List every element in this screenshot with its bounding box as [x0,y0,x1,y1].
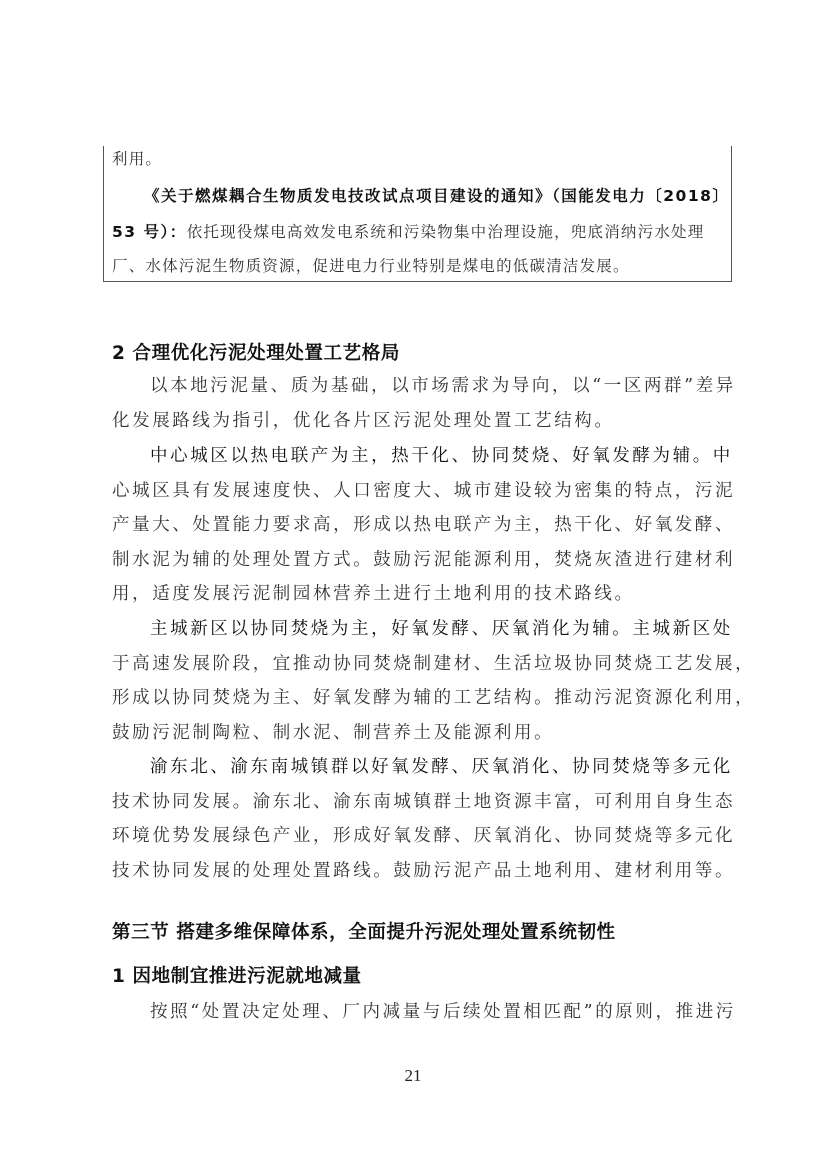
paragraph-line: 渝东北、渝东南城镇群以好氧发酵、厌氧消化、协同焚烧等多元化 [112,750,730,785]
paragraph-central-district: 中心城区以热电联产为主，热干化、协同焚烧、好氧发酵为辅。中 心城区具有发展速度快… [112,439,730,612]
paragraph-line: 于高速发展阶段，宜推动协同焚烧制建材、生活垃圾协同焚烧工艺发展， [112,647,730,682]
paragraph-reduction: 按照“处置决定处理、厂内减量与后续处置相匹配”的原则，推进污 [112,995,730,1030]
paragraph-intro: 以本地污泥量、质为基础，以市场需求为导向，以“一区两群”差异 化发展路线为指引，… [112,369,730,438]
paragraph-new-district: 主城新区以协同焚烧为主，好氧发酵、厌氧消化为辅。主城新区处 于高速发展阶段，宜推… [112,612,730,750]
paragraph-yudong: 渝东北、渝东南城镇群以好氧发酵、厌氧消化、协同焚烧等多元化 技术协同发展。渝东北… [112,750,730,888]
chapter-section-heading: 第三节 搭建多维保障体系，全面提升污泥处理处置系统韧性 [112,918,616,944]
page-number: 21 [0,1066,826,1086]
policy-citation-box: 利用。 《关于燃煤耦合生物质发电技改试点项目建设的通知》（国能发电力〔2018〕… [103,146,732,282]
paragraph-line: 技术协同发展的处理处置路线。鼓励污泥产品土地利用、建材利用等。 [112,854,730,889]
box-text-line: 厂、水体污泥生物质资源，促进电力行业特别是煤电的低碳清洁发展。 [112,256,723,276]
document-page: 利用。 《关于燃煤耦合生物质发电技改试点项目建设的通知》（国能发电力〔2018〕… [0,0,826,1169]
paragraph-line: 鼓励污泥制陶粒、制水泥、制营养土及能源利用。 [112,716,730,751]
paragraph-line: 技术协同发展。渝东北、渝东南城镇群土地资源丰富，可利用自身生态 [112,785,730,820]
paragraph-line: 以本地污泥量、质为基础，以市场需求为导向，以“一区两群”差异 [112,369,730,404]
box-text-line: 利用。 [112,149,723,169]
paragraph-line: 心城区具有发展速度快、人口密度大、城市建设较为密集的特点，污泥 [112,474,730,509]
paragraph-line: 产量大、处置能力要求高，形成以热电联产为主，热干化、好氧发酵、 [112,508,730,543]
policy-title-text: 《关于燃煤耦合生物质发电技改试点项目建设的通知》（国能发电力〔2018〕 [144,187,729,205]
paragraph-line: 用，适度发展污泥制园林营养土进行土地利用的技术路线。 [112,577,730,612]
paragraph-line: 环境优势发展绿色产业，形成好氧发酵、厌氧消化、协同焚烧等多元化 [112,819,730,854]
subsection-heading: 1 因地制宜推进污泥就地减量 [112,962,362,988]
paragraph-line: 形成以协同焚烧为主、好氧发酵为辅的工艺结构。推动污泥资源化利用， [112,681,730,716]
paragraph-line: 主城新区以协同焚烧为主，好氧发酵、厌氧消化为辅。主城新区处 [112,612,730,647]
box-text-line: 53 号）：依托现役煤电高效发电系统和污染物集中治理设施，兜底消纳污水处理 [112,222,723,242]
policy-number: 53 号）： [112,223,187,241]
section-heading: 2 合理优化污泥处理处置工艺格局 [112,339,400,365]
policy-title: 《关于燃煤耦合生物质发电技改试点项目建设的通知》（国能发电力〔2018〕 [144,186,723,206]
paragraph-line: 化发展路线为指引，优化各片区污泥处理处置工艺结构。 [112,404,730,439]
paragraph-line: 按照“处置决定处理、厂内减量与后续处置相匹配”的原则，推进污 [112,995,730,1030]
paragraph-line: 中心城区以热电联产为主，热干化、协同焚烧、好氧发酵为辅。中 [112,439,730,474]
paragraph-line: 制水泥为辅的处理处置方式。鼓励污泥能源利用，焚烧灰渣进行建材利 [112,543,730,578]
policy-description: 依托现役煤电高效发电系统和污染物集中治理设施，兜底消纳污水处理 [187,223,705,241]
